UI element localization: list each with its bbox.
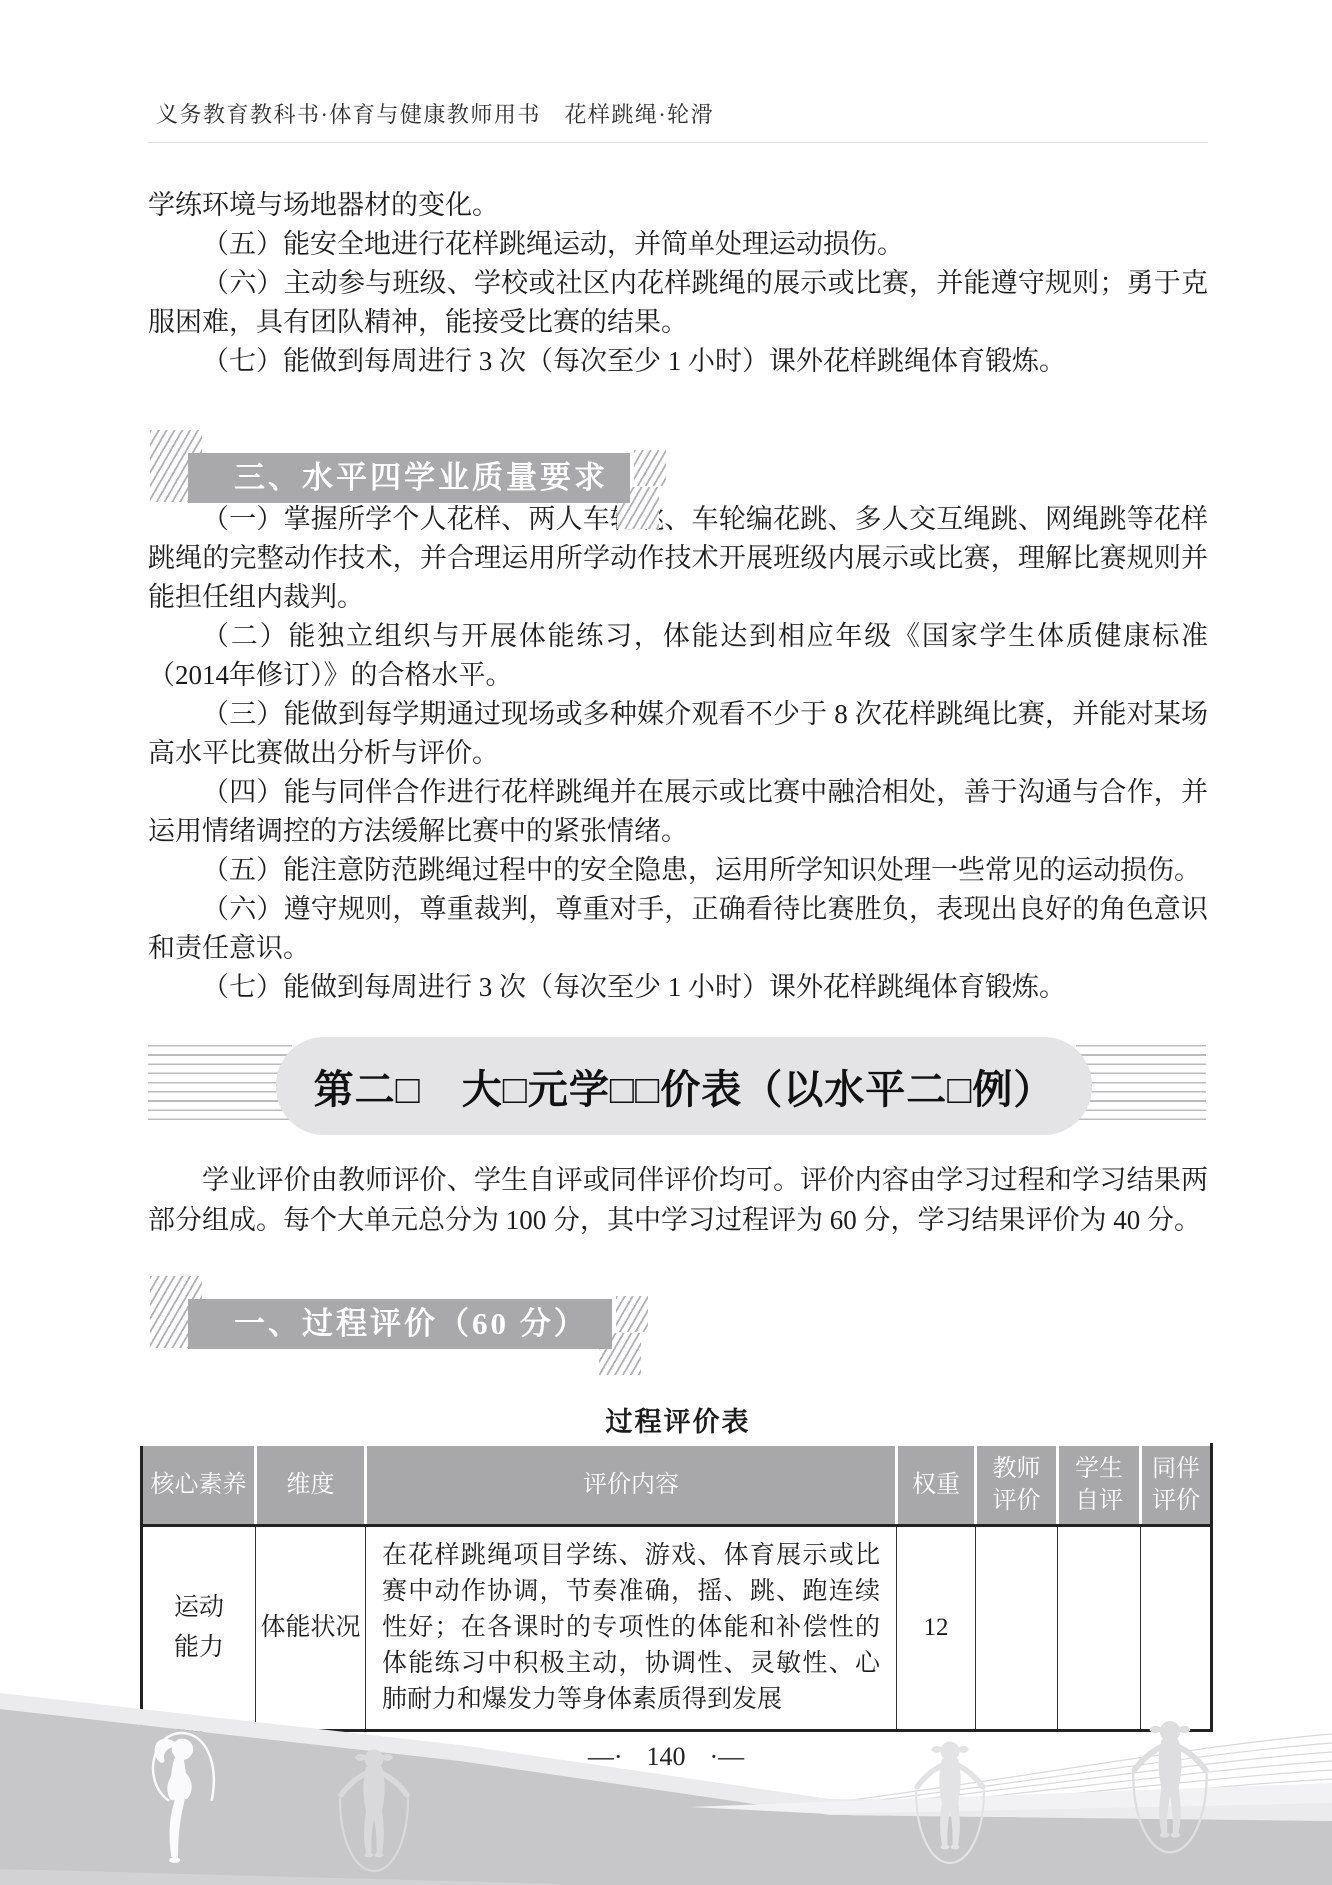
paragraph: 学业评价由教师评价、学生自评或同伴评价均可。评价内容由学习过程和学习结果两部分组… [148,1160,1208,1240]
column-header-teacher: 教师评价 [976,1445,1058,1526]
hatch-decoration [634,450,666,486]
section-heading-process: 一、过程评价（60 分） [148,1276,1208,1376]
column-header-self: 学生自评 [1058,1445,1141,1526]
paragraph: （三）能做到每学期通过现场或多种媒介观看不少于 8 次花样跳绳比赛，并能对某场高… [148,695,1208,773]
paragraph-block-eval-intro: 学业评价由教师评价、学生自评或同伴评价均可。评价内容由学习过程和学习结果两部分组… [148,1160,1208,1240]
paragraph: （五）能注意防范跳绳过程中的安全隐患，运用所学知识处理一些常见的运动损伤。 [148,851,1208,890]
column-header-weight: 权重 [897,1445,976,1526]
column-header-content: 评价内容 [366,1445,897,1526]
chapter-title-pill: 第二□ 大□元学□□价表（以水平二□例） [276,1037,1092,1135]
paragraph: （二）能独立组织与开展体能练习，体能达到相应年级《国家学生体质健康标准（2014… [148,617,1208,695]
chapter-title: 第二□ 大□元学□□价表（以水平二□例） [314,1058,1055,1115]
paragraph: （一）掌握所学个人花样、两人车轮跳、车轮编花跳、多人交互绳跳、网绳跳等花样跳绳的… [148,500,1208,617]
paragraph: 学练环境与场地器材的变化。 [148,186,1208,225]
paragraph: （七）能做到每周进行 3 次（每次至少 1 小时）课外花样跳绳体育锻炼。 [148,968,1208,1007]
cell-core-text: 运动能力 [171,1588,227,1668]
page-number-suffix: ·— [710,1742,745,1771]
section-heading-label: 一、过程评价（60 分） [234,1306,588,1341]
paragraph-block-requirements: （一）掌握所学个人花样、两人车轮跳、车轮编花跳、多人交互绳跳、网绳跳等花样跳绳的… [148,500,1208,1007]
running-header: 义务教育教科书·体育与健康教师用书 花样跳绳·轮滑 [156,98,714,129]
footer-artwork [0,1685,1332,1885]
column-header-core: 核心素养 [142,1445,256,1526]
table-title: 过程评价表 [148,1400,1208,1439]
section-heading-bar: 三、水平四学业质量要求 [188,453,630,503]
hatch-decoration [616,1296,648,1332]
paragraph: （四）能与同伴合作进行花样跳绳并在展示或比赛中融洽相处，善于沟通与合作，并运用情… [148,773,1208,851]
pinstripes-decoration [148,1045,292,1127]
header-rule [148,142,1208,143]
table-header-row: 核心素养 维度 评价内容 权重 教师评价 学生自评 同伴评价 [142,1445,1212,1526]
book-page: 义务教育教科书·体育与健康教师用书 花样跳绳·轮滑 学练环境与场地器材的变化。 … [0,0,1332,1885]
paragraph: （五）能安全地进行花样跳绳运动，并简单处理运动损伤。 [148,225,1208,264]
page-number-prefix: —· [588,1742,623,1771]
chapter-title-banner: 第二□ 大□元学□□价表（以水平二□例） [0,1037,1332,1137]
column-header-dimension: 维度 [256,1445,366,1526]
paragraph-block-top: 学练环境与场地器材的变化。 （五）能安全地进行花样跳绳运动，并简单处理运动损伤。… [148,186,1208,381]
page-number-value: 140 [647,1742,686,1771]
paragraph: （六）主动参与班级、学校或社区内花样跳绳的展示或比赛，并能遵守规则；勇于克服困难… [148,264,1208,342]
pinstripes-decoration [1076,1045,1206,1127]
paragraph: （七）能做到每周进行 3 次（每次至少 1 小时）课外花样跳绳体育锻炼。 [148,342,1208,381]
paragraph: （六）遵守规则，尊重裁判，尊重对手，正确看待比赛胜负，表现出良好的角色意识和责任… [148,890,1208,968]
page-number: —·140·— [0,1742,1332,1772]
column-header-peer: 同伴评价 [1141,1445,1212,1526]
section-heading-label: 三、水平四学业质量要求 [234,460,608,495]
section-heading-bar: 一、过程评价（60 分） [188,1299,612,1349]
